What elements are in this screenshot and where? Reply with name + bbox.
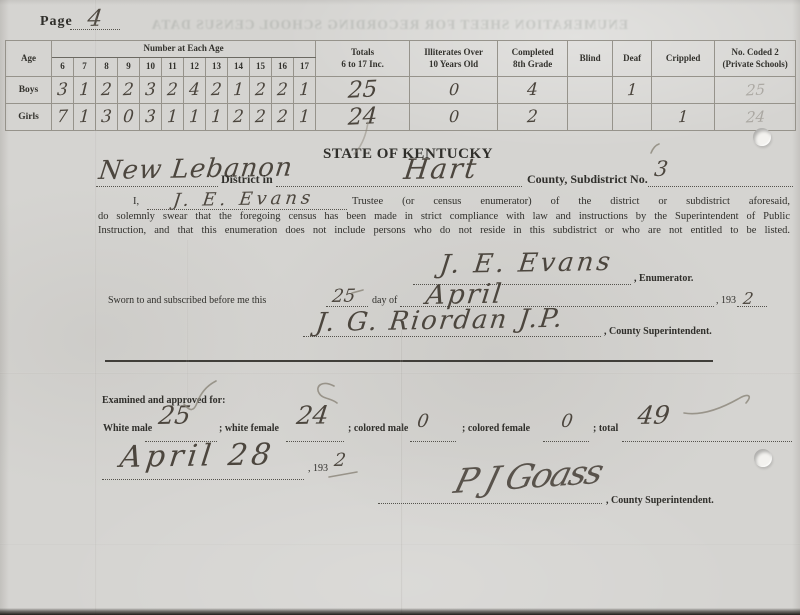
coded-header-line1: No. Coded 2 <box>731 47 778 57</box>
county-subdistrict-label: County, Subdistrict No. <box>527 172 648 187</box>
girls-age-cell: 3 <box>140 104 162 131</box>
boys-age-cell: 2 <box>118 77 140 104</box>
totals-header: Totals 6 to 17 Inc. <box>316 41 410 77</box>
boys-age-12: 4 <box>189 80 201 101</box>
scan-edge <box>0 608 800 615</box>
boys-age-cell: 4 <box>184 77 206 104</box>
boys-deaf-cell: 1 <box>613 77 652 104</box>
enumerator-label: , Enumerator. <box>634 273 693 284</box>
paper-crease <box>0 543 800 546</box>
completed-header-line2: 8th Grade <box>513 59 552 69</box>
boys-illiterates-cell: 0 <box>410 77 498 104</box>
approval-year-label: , 193 <box>308 463 328 474</box>
paper-crease <box>400 330 403 615</box>
girls-coded-faint: 24 <box>745 107 765 126</box>
age-column-header: Age <box>6 41 52 77</box>
girls-age-12: 1 <box>189 107 201 128</box>
boys-age-15: 2 <box>255 80 267 101</box>
boys-age-cell: 2 <box>272 77 294 104</box>
girls-row-label: Girls <box>6 104 52 131</box>
age-16-header: 16 <box>272 58 294 77</box>
girls-age-13: 1 <box>211 107 223 128</box>
oath-line-1: do solemnly swear that the foregoing cen… <box>98 211 790 222</box>
girls-coded-cell: 24 <box>715 104 796 131</box>
girls-age-14: 2 <box>233 107 245 128</box>
punch-hole <box>753 128 771 146</box>
illiterates-header: Illiterates Over 10 Years Old <box>410 41 498 77</box>
colored-male-line <box>410 441 456 442</box>
boys-age-cell: 2 <box>250 77 272 104</box>
boys-age-11: 2 <box>167 80 179 101</box>
girls-age-cell: 2 <box>250 104 272 131</box>
colored-male-value: 0 <box>416 411 430 432</box>
age-10-header: 10 <box>140 58 162 77</box>
boys-age-10: 3 <box>145 80 157 101</box>
girls-completed-cell: 2 <box>498 104 568 131</box>
girls-age-7: 1 <box>79 107 91 128</box>
approval-superintendent-label: , County Superintendent. <box>606 495 714 506</box>
girls-age-cell: 1 <box>74 104 96 131</box>
girls-illiterates: 0 <box>448 107 459 127</box>
girls-age-cell: 7 <box>52 104 74 131</box>
age-8-header: 8 <box>96 58 118 77</box>
county-name-value: Hart <box>402 152 480 186</box>
boys-row-label: Boys <box>6 77 52 104</box>
girls-age-cell: 0 <box>118 104 140 131</box>
blind-header: Blind <box>568 41 613 77</box>
girls-age-cell: 2 <box>272 104 294 131</box>
i-label: I, <box>133 196 139 207</box>
girls-blind-cell <box>568 104 613 131</box>
trustee-clause-text: Trustee (or census enumerator) of the di… <box>352 196 790 207</box>
superintendent-label: , County Superintendent. <box>604 326 712 337</box>
boys-completed: 4 <box>527 80 539 101</box>
crippled-header: Crippled <box>652 41 715 77</box>
section-divider <box>105 360 713 362</box>
boys-crippled-cell <box>652 77 715 104</box>
boys-age-cell: 1 <box>294 77 316 104</box>
oath-line-2: Instruction, and that this enumeration d… <box>98 225 790 236</box>
boys-age-cell: 3 <box>140 77 162 104</box>
illiterates-header-line1: Illiterates Over <box>424 47 483 57</box>
census-tally-table: Age Number at Each Age Totals 6 to 17 In… <box>5 40 796 131</box>
subdistrict-value: 3 <box>653 157 669 181</box>
girls-age-cell: 1 <box>184 104 206 131</box>
age-9-header: 9 <box>118 58 140 77</box>
boys-age-13: 2 <box>211 80 223 101</box>
age-14-header: 14 <box>228 58 250 77</box>
boys-age-cell: 1 <box>74 77 96 104</box>
boys-coded-cell: 25 <box>715 77 796 104</box>
age-15-header: 15 <box>250 58 272 77</box>
boys-age-14: 1 <box>233 80 245 101</box>
boys-blind-cell <box>568 77 613 104</box>
age-13-header: 13 <box>206 58 228 77</box>
girls-age-6: 7 <box>57 107 69 128</box>
table-row-girls: Girls 7 1 3 0 3 1 1 1 2 2 2 1 24 0 2 1 2… <box>6 104 796 131</box>
girls-age-10: 3 <box>145 107 157 128</box>
superintendent-signature: J. G. Riordan J.P. <box>314 304 566 338</box>
age-7-header: 7 <box>74 58 96 77</box>
girls-age-cell: 1 <box>162 104 184 131</box>
white-female-label: ; white female <box>219 423 279 434</box>
paper-crease <box>0 372 800 375</box>
boys-illiterates: 0 <box>448 80 459 100</box>
boys-age-cell: 2 <box>206 77 228 104</box>
enumerator-signature: J. E. Evans <box>438 247 615 280</box>
girls-age-cell: 2 <box>228 104 250 131</box>
girls-age-15: 2 <box>255 107 267 128</box>
coded-header-line2: (Private Schools) <box>722 59 787 69</box>
total-value: 49 <box>636 400 671 430</box>
white-female-line <box>286 441 344 442</box>
total-line <box>622 441 792 442</box>
colored-female-value: 0 <box>560 411 574 432</box>
scanned-census-form: ENUMERATION SHEET FOR RECORDING SCHOOL C… <box>0 0 800 615</box>
boys-total: 25 <box>347 76 378 103</box>
boys-coded-faint: 25 <box>745 80 765 99</box>
age-12-header: 12 <box>184 58 206 77</box>
day-of-label: day of <box>372 295 397 306</box>
age-6-header: 6 <box>52 58 74 77</box>
girls-age-8: 3 <box>101 107 113 128</box>
sworn-day-value: 25 <box>331 286 357 307</box>
boys-age-cell: 2 <box>96 77 118 104</box>
paper-crease <box>186 240 189 400</box>
white-male-label: White male <box>103 423 152 434</box>
girls-age-cell: 1 <box>294 104 316 131</box>
colored-male-label: ; colored male <box>348 423 408 434</box>
district-in-label: District in <box>221 172 273 187</box>
table-row-boys: Boys 3 1 2 2 3 2 4 2 1 2 2 1 25 0 4 1 25 <box>6 77 796 104</box>
illiterates-header-line2: 10 Years Old <box>429 59 478 69</box>
girls-total: 24 <box>347 103 378 130</box>
boys-total-cell: 25 <box>316 77 410 104</box>
year-label: , 193 <box>716 295 736 306</box>
district-name-line <box>96 186 218 187</box>
boys-age-17: 1 <box>299 80 311 101</box>
girls-age-16: 2 <box>277 107 289 128</box>
subdistrict-line <box>648 186 793 187</box>
punch-hole <box>754 449 772 467</box>
colored-female-line <box>543 441 589 442</box>
boys-age-cell: 2 <box>162 77 184 104</box>
age-17-header: 17 <box>294 58 316 77</box>
approval-date-line <box>102 479 304 480</box>
boys-age-7: 1 <box>79 80 91 101</box>
girls-age-11: 1 <box>167 107 179 128</box>
approval-date-value: April 28 <box>118 437 277 475</box>
boys-deaf: 1 <box>626 80 637 100</box>
girls-completed: 2 <box>527 107 539 128</box>
sworn-label: Sworn to and subscribed before me this <box>108 295 266 306</box>
totals-header-line2: 6 to 17 Inc. <box>341 59 384 69</box>
white-male-value: 25 <box>157 400 192 430</box>
totals-header-line1: Totals <box>351 47 374 57</box>
boys-completed-cell: 4 <box>498 77 568 104</box>
girls-deaf-cell <box>613 104 652 131</box>
boys-age-9: 2 <box>123 80 135 101</box>
girls-age-cell: 1 <box>206 104 228 131</box>
girls-illiterates-cell: 0 <box>410 104 498 131</box>
girls-age-9: 0 <box>123 107 135 128</box>
number-at-each-age-header: Number at Each Age <box>52 41 316 58</box>
bleedthrough-text: ENUMERATION SHEET FOR RECORDING SCHOOL C… <box>188 17 628 33</box>
completed-header-line1: Completed <box>512 47 554 57</box>
girls-age-17: 1 <box>299 107 311 128</box>
boys-age-cell: 3 <box>52 77 74 104</box>
pencil-checkmark <box>684 396 749 414</box>
boys-age-8: 2 <box>101 80 113 101</box>
boys-age-16: 2 <box>277 80 289 101</box>
total-label: ; total <box>593 423 618 434</box>
white-female-value: 24 <box>295 400 330 430</box>
approval-year-value: 2 <box>333 450 347 471</box>
boys-age-cell: 1 <box>228 77 250 104</box>
girls-total-cell: 24 <box>316 104 410 131</box>
no-coded-header: No. Coded 2 (Private Schools) <box>715 41 796 77</box>
page-number-value: 4 <box>86 6 104 32</box>
girls-crippled: 1 <box>677 107 688 127</box>
pencil-underline <box>329 472 357 477</box>
trustee-name-value: J. E. Evans <box>172 188 316 211</box>
girls-crippled-cell: 1 <box>652 104 715 131</box>
girls-age-cell: 3 <box>96 104 118 131</box>
completed-8th-grade-header: Completed 8th Grade <box>498 41 568 77</box>
approval-superintendent-signature: P J Goass <box>450 452 606 502</box>
age-11-header: 11 <box>162 58 184 77</box>
colored-female-label: ; colored female <box>462 423 530 434</box>
page-label: Page <box>40 14 73 30</box>
boys-age-6: 3 <box>57 80 69 101</box>
approval-signature-line <box>378 503 602 504</box>
deaf-header: Deaf <box>613 41 652 77</box>
